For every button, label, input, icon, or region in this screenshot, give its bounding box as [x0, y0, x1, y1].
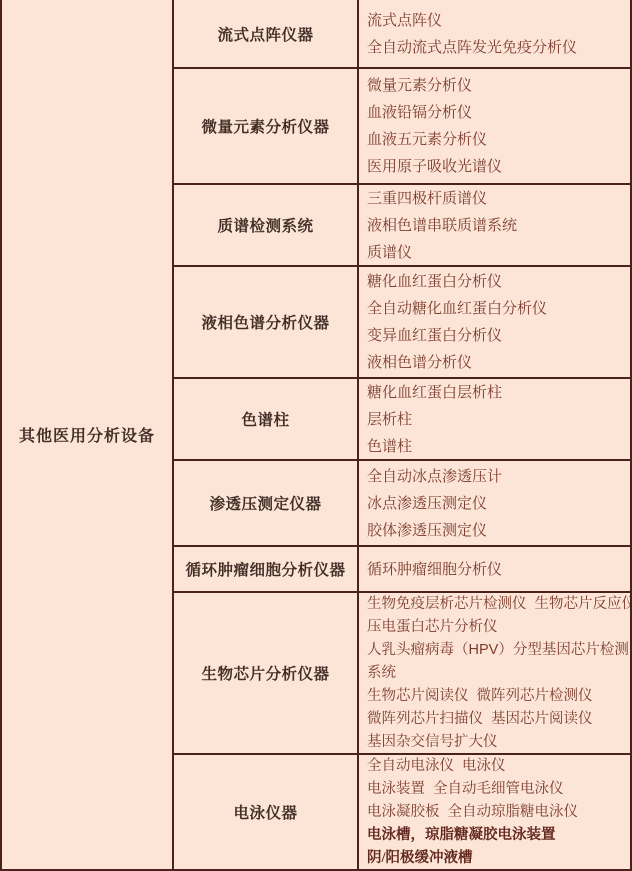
- instrument-line: 医用原子吸收光谱仪: [367, 153, 626, 180]
- category-label: 渗透压测定仪器: [209, 492, 321, 514]
- items-cell-ctc-analysis: 循环肿瘤细胞分析仪: [357, 545, 630, 591]
- category-label: 电泳仪器: [233, 801, 297, 823]
- instrument-line: 全自动冰点渗透压计: [367, 463, 626, 490]
- group-label: 其他医用分析设备: [19, 423, 155, 446]
- items-cell-liquid-chromatography: 糖化血红蛋白分析仪全自动糖化血红蛋白分析仪变异血红蛋白分析仪液相色谱分析仪: [357, 265, 630, 377]
- category-cell-chromatography-column: 色谱柱: [172, 377, 357, 459]
- category-cell-trace-element: 微量元素分析仪器: [172, 67, 357, 183]
- instrument-line: 全自动流式点阵发光免疫分析仪: [367, 34, 626, 61]
- instrument-line: 微量元素分析仪: [367, 72, 626, 99]
- instrument-line: 变异血红蛋白分析仪: [367, 322, 626, 349]
- instrument-line: 冰点渗透压测定仪: [367, 490, 626, 517]
- category-label: 质谱检测系统: [217, 214, 313, 236]
- category-label: 液相色谱分析仪器: [201, 311, 329, 333]
- instrument-line: 循环肿瘤细胞分析仪: [367, 556, 626, 583]
- group-cell: 其他医用分析设备: [2, 0, 172, 869]
- instrument-line: 电泳槽，琼脂糖凝胶电泳装置: [367, 824, 626, 847]
- items-cell-chromatography-column: 糖化血红蛋白层析柱层析柱色谱柱: [357, 377, 630, 459]
- category-cell-electrophoresis: 电泳仪器: [172, 753, 357, 869]
- items-cell-mass-spec: 三重四极杆质谱仪液相色谱串联质谱系统质谱仪: [357, 183, 630, 265]
- instrument-line: 液相色谱串联质谱系统: [367, 212, 626, 239]
- items-cell-osmometry: 全自动冰点渗透压计冰点渗透压测定仪胶体渗透压测定仪: [357, 459, 630, 545]
- instrument-line: 糖化血红蛋白层析柱: [367, 379, 626, 406]
- instrument-line: 质谱仪: [367, 239, 626, 266]
- category-label: 生物芯片分析仪器: [201, 662, 329, 684]
- items-cell-trace-element: 微量元素分析仪血液铅镉分析仪血液五元素分析仪医用原子吸收光谱仪: [357, 67, 630, 183]
- category-label: 流式点阵仪器: [217, 23, 313, 45]
- instrument-line: 压电蛋白芯片分析仪: [367, 616, 626, 639]
- equipment-table: 其他医用分析设备 流式点阵仪器 流式点阵仪全自动流式点阵发光免疫分析仪 微量元素…: [0, 0, 632, 871]
- instrument-line: 胶体渗透压测定仪: [367, 517, 626, 544]
- instrument-line: 层析柱: [367, 406, 626, 433]
- category-cell-mass-spec: 质谱检测系统: [172, 183, 357, 265]
- instrument-line: 电泳装置 全自动毛细管电泳仪: [367, 778, 626, 801]
- instrument-line: 全自动糖化血红蛋白分析仪: [367, 295, 626, 322]
- category-cell-osmometry: 渗透压测定仪器: [172, 459, 357, 545]
- instrument-line: 血液五元素分析仪: [367, 126, 626, 153]
- instrument-line: 三重四极杆质谱仪: [367, 185, 626, 212]
- category-label: 微量元素分析仪器: [201, 115, 329, 137]
- category-label: 色谱柱: [241, 408, 289, 430]
- category-cell-ctc-analysis: 循环肿瘤细胞分析仪器: [172, 545, 357, 591]
- instrument-line: 全自动电泳仪 电泳仪: [367, 755, 626, 778]
- category-cell-biochip: 生物芯片分析仪器: [172, 591, 357, 753]
- instrument-line: 生物芯片阅读仪 微阵列芯片检测仪: [367, 685, 626, 708]
- items-cell-biochip: 生物免疫层析芯片检测仪 生物芯片反应仪压电蛋白芯片分析仪人乳头瘤病毒（HPV）分…: [357, 591, 630, 753]
- category-cell-flow-dot-array: 流式点阵仪器: [172, 0, 357, 67]
- items-cell-flow-dot-array: 流式点阵仪全自动流式点阵发光免疫分析仪: [357, 0, 630, 67]
- equipment-classification-page: 其他医用分析设备 流式点阵仪器 流式点阵仪全自动流式点阵发光免疫分析仪 微量元素…: [0, 0, 632, 871]
- items-cell-electrophoresis: 全自动电泳仪 电泳仪电泳装置 全自动毛细管电泳仪电泳凝胶板 全自动琼脂糖电泳仪电…: [357, 753, 630, 869]
- instrument-line: 流式点阵仪: [367, 7, 626, 34]
- instrument-line: 阴/阳极缓冲液槽: [367, 847, 626, 870]
- category-cell-liquid-chromatography: 液相色谱分析仪器: [172, 265, 357, 377]
- instrument-line: 液相色谱分析仪: [367, 349, 626, 376]
- instrument-line: 电泳凝胶板 全自动琼脂糖电泳仪: [367, 801, 626, 824]
- instrument-line: 微阵列芯片扫描仪 基因芯片阅读仪: [367, 708, 626, 731]
- instrument-line: 色谱柱: [367, 433, 626, 460]
- instrument-line: 系统: [367, 662, 626, 685]
- instrument-line: 血液铅镉分析仪: [367, 99, 626, 126]
- category-label: 循环肿瘤细胞分析仪器: [185, 558, 345, 580]
- instrument-line: 糖化血红蛋白分析仪: [367, 268, 626, 295]
- instrument-line: 人乳头瘤病毒（HPV）分型基因芯片检测阅读: [367, 639, 626, 662]
- instrument-line: 生物免疫层析芯片检测仪 生物芯片反应仪: [367, 593, 626, 616]
- instrument-line: 基因杂交信号扩大仪: [367, 731, 626, 754]
